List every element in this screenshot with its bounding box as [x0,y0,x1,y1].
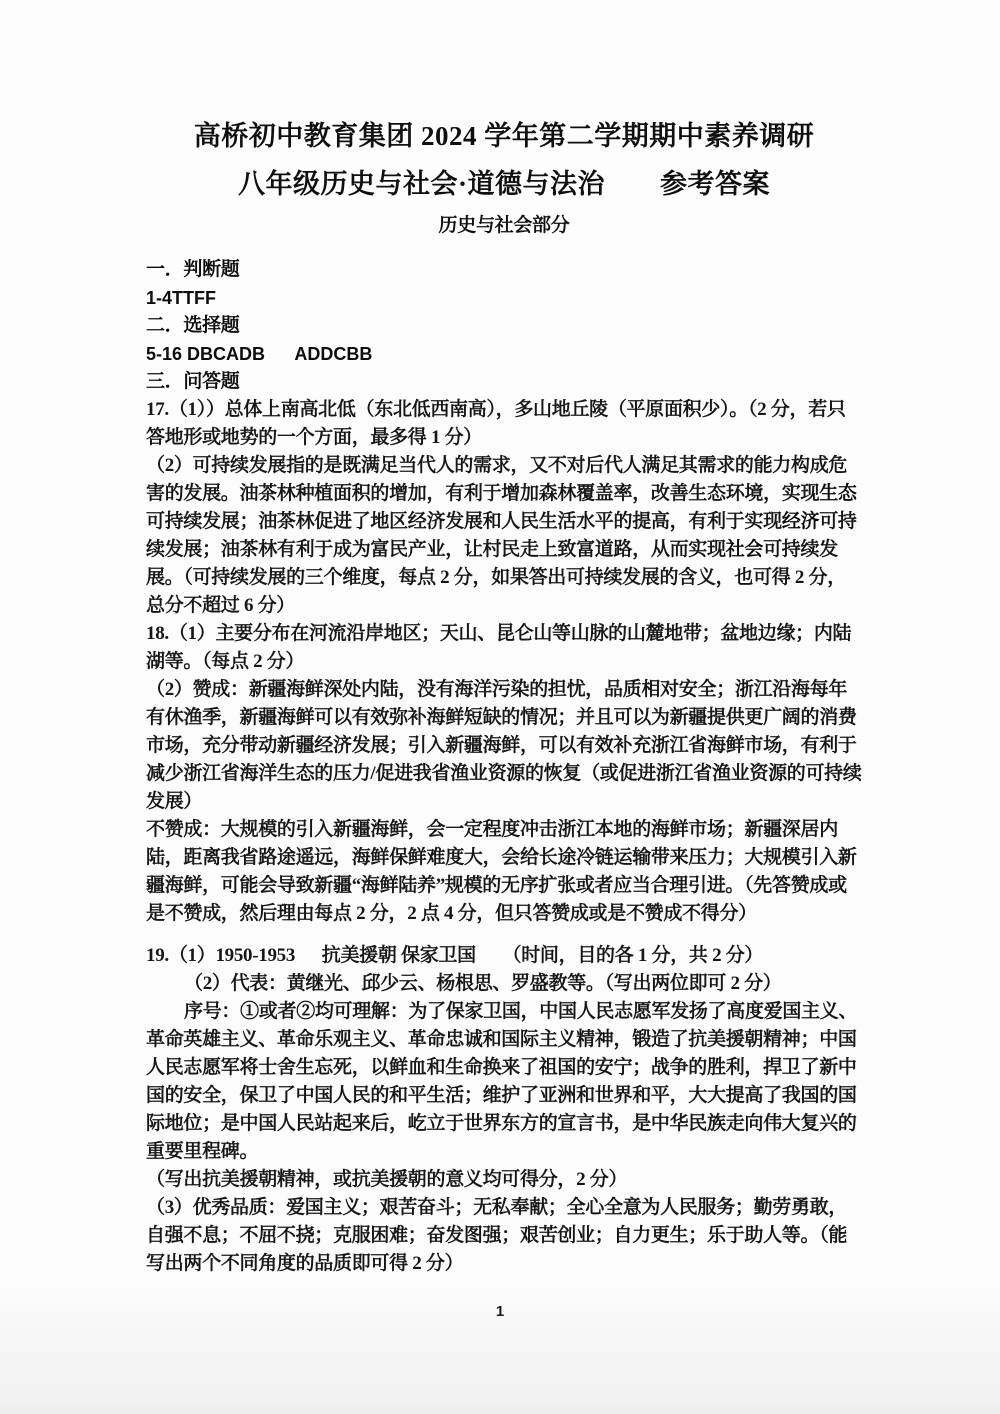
q19-answer-part2: （2）代表：黄继光、邱少云、杨根思、罗盛教等。（写出两位即可 2 分） [146,970,862,998]
q18-answer-part2-agree: （2）赞成：新疆海鲜深处内陆，没有海洋污染的担忧，品质相对安全；浙江沿海每年有休… [146,676,862,816]
answer-body: 一．判断题 1-4TTFF 二．选择题 5-16 DBCADB ADDCBB 三… [146,256,862,1278]
q17-p2-emphasis-ecology: 生态 [819,483,856,504]
document-content: 高桥初中教育集团 2024 学年第二学期期中素养调研 八年级历史与社会·道德与法… [146,118,862,1278]
q19-answer-part3: （3）优秀品质：爱国主义；艰苦奋斗；无私奉献；全心全意为人民服务；勤劳勇敢，自强… [146,1194,862,1278]
q18-answer-part1: 18.（1）主要分布在河流沿岸地区；天山、昆仑山等山脉的山麓地带；盆地边缘；内陆… [146,620,862,676]
heading-judgment-questions: 一．判断题 [146,256,862,284]
q17-p2-text-a: （2）可持续发展指的是既满足当代人的需求，又不对后代人满足其需求的能力构成危害的… [146,455,847,504]
q17-answer-part1: 17.（1））总体上南高北低（东北低西南高），多山地丘陵（平原面积少）。（2 分… [146,396,862,452]
q17-p2-emphasis-economy: 经济 [782,511,819,532]
page-number: 1 [0,1303,1000,1320]
q19-answer-part2-scoring-note: （写出抗美援朝精神，或抗美援朝的意义均可得分，2 分） [146,1166,862,1194]
q17-p2-text-b: 可持续发展；油茶林促进了地区经济发展和人民生活水平的提高，有利于实现 [146,511,782,532]
q19-answer-part1: 19.（1）1950-1953 抗美援朝 保家卫国 （时间，目的各 1 分，共 … [146,942,862,970]
judgment-answers: 1-4TTFF [146,284,862,312]
document-page: 高桥初中教育集团 2024 学年第二学期期中素养调研 八年级历史与社会·道德与法… [0,0,1000,1414]
choice-answers: 5-16 DBCADB ADDCBB [146,340,862,368]
exam-title-line2: 八年级历史与社会·道德与法治 参考答案 [146,166,862,202]
heading-choice-questions: 二．选择题 [146,312,862,340]
q18-answer-part2-disagree: 不赞成：大规模的引入新疆海鲜，会一定程度冲击浙江本地的海鲜市场；新疆深居内陆，距… [146,816,862,928]
exam-subtitle: 历史与社会部分 [146,214,862,238]
exam-title-line1: 高桥初中教育集团 2024 学年第二学期期中素养调研 [146,118,862,154]
q19-answer-part2-explanation: 序号：①或者②均可理解：为了保家卫国，中国人民志愿军发扬了高度爱国主义、革命英雄… [146,998,862,1166]
q17-answer-part2: （2）可持续发展指的是既满足当代人的需求，又不对后代人满足其需求的能力构成危害的… [146,452,862,620]
heading-essay-questions: 三．问答题 [146,368,862,396]
q17-p2-emphasis-society: 社会 [726,539,763,560]
